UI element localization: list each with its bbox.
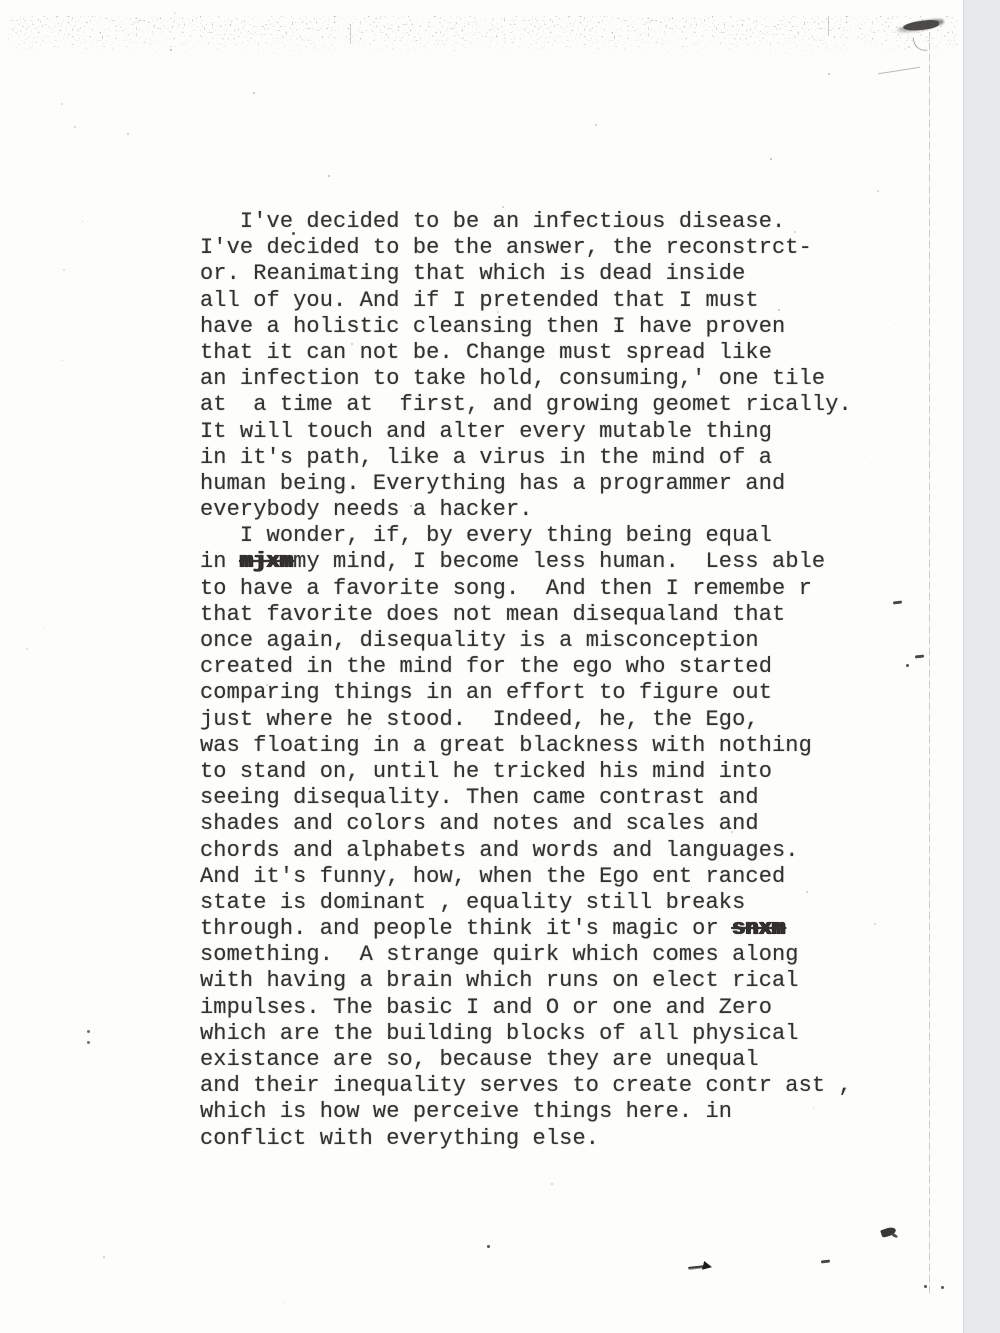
- speck-dot: [941, 1286, 944, 1289]
- text-segment: all of you. And if I pretended that I mu…: [200, 288, 759, 313]
- dust-speck: [783, 20, 784, 21]
- text-segment: I've decided to be the answer, the recon…: [200, 235, 812, 260]
- text-line: have a holistic cleansing then I have pr…: [200, 314, 852, 340]
- dust-speck: [174, 12, 176, 14]
- text-line: impulses. The basic I and O or one and Z…: [200, 995, 852, 1021]
- text-segment: once again, disequality is a misconcepti…: [200, 628, 759, 653]
- text-segment: have a holistic cleansing then I have pr…: [200, 314, 785, 339]
- dust-speck: [281, 1314, 282, 1315]
- text-line: an infection to take hold, consuming,' o…: [200, 366, 852, 392]
- dust-speck: [864, 456, 865, 457]
- text-line: human being. Everything has a programmer…: [200, 471, 852, 497]
- text-segment: and their inequality serves to create co…: [200, 1073, 852, 1098]
- text-line: And it's funny, how, when the Ego ent ra…: [200, 864, 852, 890]
- text-line: in it's path, like a virus in the mind o…: [200, 445, 852, 471]
- dust-speck: [828, 73, 830, 75]
- text-segment: at a time at first, and growing geomet r…: [200, 392, 852, 417]
- text-segment: my mind, I become less human. Less able: [293, 549, 825, 574]
- dust-speck: [103, 1256, 105, 1258]
- text-segment: And it's funny, how, when the Ego ent ra…: [200, 864, 785, 889]
- scan-noise-band: [8, 16, 958, 56]
- typewritten-text: I've decided to be an infectious disease…: [200, 209, 852, 1152]
- text-line: something. A strange quirk which comes a…: [200, 942, 852, 968]
- text-line: that favorite does not mean disequaland …: [200, 602, 852, 628]
- dust-speck: [26, 648, 28, 650]
- text-line: which is how we perceive things here. in: [200, 1099, 852, 1125]
- speck-dot: [906, 664, 909, 667]
- text-line: which are the building blocks of all phy…: [200, 1021, 852, 1047]
- dust-speck: [323, 1305, 324, 1306]
- text-segment: which is how we perceive things here. in: [200, 1099, 732, 1124]
- top-right-smudge: [903, 19, 940, 32]
- diag-scratch: [878, 67, 920, 75]
- text-line: at a time at first, and growing geomet r…: [200, 392, 852, 418]
- text-segment: It will touch and alter every mutable th…: [200, 419, 772, 444]
- text-segment: existance are so, because they are unequ…: [200, 1047, 759, 1072]
- scan-right-gutter: [963, 0, 1000, 1333]
- text-segment: through. and people think it's magic or: [200, 916, 732, 941]
- text-segment: in it's path, like a virus in the mind o…: [200, 445, 772, 470]
- text-line: with having a brain which runs on elect …: [200, 968, 852, 994]
- text-line: shades and colors and notes and scales a…: [200, 811, 852, 837]
- dust-speck: [74, 126, 76, 128]
- dust-speck: [44, 627, 45, 628]
- dust-speck: [62, 360, 63, 361]
- text-segment: to have a favorite song. And then I reme…: [200, 576, 812, 601]
- text-segment: with having a brain which runs on elect …: [200, 968, 799, 993]
- dust-speck: [63, 269, 65, 271]
- text-segment: something. A strange quirk which comes a…: [200, 942, 799, 967]
- text-segment: just where he stood. Indeed, he, the Ego…: [200, 707, 759, 732]
- dust-speck: [908, 46, 910, 48]
- dust-speck: [874, 923, 876, 925]
- text-line: or. Reanimating that which is dead insid…: [200, 261, 852, 287]
- dust-speck: [877, 190, 879, 192]
- dust-speck: [502, 206, 504, 208]
- small-tick-v: [828, 16, 829, 36]
- text-line: was floating in a great blackness with n…: [200, 733, 852, 759]
- text-segment: or. Reanimating that which is dead insid…: [200, 261, 745, 286]
- text-line: comparing things in an effort to figure …: [200, 680, 852, 706]
- text-segment: which are the building blocks of all phy…: [200, 1021, 799, 1046]
- text-segment: everybody needs a hacker.: [200, 497, 533, 522]
- text-line: created in the mind for the ego who star…: [200, 654, 852, 680]
- text-line: It will touch and alter every mutable th…: [200, 419, 852, 445]
- text-line: once again, disequality is a misconcepti…: [200, 628, 852, 654]
- speck-dash: [821, 1260, 830, 1264]
- text-line: to have a favorite song. And then I reme…: [200, 576, 852, 602]
- dust-speck: [595, 124, 597, 126]
- text-segment: impulses. The basic I and O or one and Z…: [200, 995, 772, 1020]
- overstruck-text: snxm: [732, 916, 785, 941]
- text-segment: comparing things in an effort to figure …: [200, 680, 772, 705]
- text-segment: that it can not be. Change must spread l…: [200, 340, 772, 365]
- text-line: existance are so, because they are unequ…: [200, 1047, 852, 1073]
- curl-hook: [912, 35, 927, 53]
- dust-speck: [328, 175, 330, 177]
- text-line: I wonder, if, by every thing being equal: [200, 523, 852, 549]
- text-segment: created in the mind for the ego who star…: [200, 654, 772, 679]
- dust-speck: [61, 103, 63, 105]
- dust-speck: [805, 67, 806, 68]
- colon-mark: [87, 1030, 90, 1044]
- text-line: through. and people think it's magic or …: [200, 916, 852, 942]
- comma-blob: [881, 1228, 898, 1238]
- text-line: just where he stood. Indeed, he, the Ego…: [200, 707, 852, 733]
- text-line: state is dominant , equality still break…: [200, 890, 852, 916]
- dust-speck: [283, 1302, 284, 1303]
- squiggle-arrow: [688, 1262, 714, 1272]
- text-line: seeing disequality. Then came contrast a…: [200, 785, 852, 811]
- text-segment: to stand on, until he tricked his mind i…: [200, 759, 772, 784]
- text-line: to stand on, until he tricked his mind i…: [200, 759, 852, 785]
- dust-speck: [551, 1183, 553, 1185]
- scanned-page: I've decided to be an infectious disease…: [0, 0, 1000, 1333]
- dust-speck: [127, 133, 129, 135]
- text-line: conflict with everything else.: [200, 1126, 852, 1152]
- text-segment: that favorite does not mean disequaland …: [200, 602, 785, 627]
- text-line: in mjxmmy mind, I become less human. Les…: [200, 549, 852, 575]
- fold-line: [929, 32, 930, 1294]
- text-segment: conflict with everything else.: [200, 1126, 599, 1151]
- text-segment: shades and colors and notes and scales a…: [200, 811, 759, 836]
- text-segment: state is dominant , equality still break…: [200, 890, 745, 915]
- text-segment: I've decided to be an infectious disease…: [200, 209, 785, 234]
- text-line: that it can not be. Change must spread l…: [200, 340, 852, 366]
- dust-speck: [860, 1286, 861, 1287]
- dust-speck: [770, 158, 772, 160]
- text-segment: an infection to take hold, consuming,' o…: [200, 366, 825, 391]
- dust-speck: [231, 22, 232, 23]
- dust-speck: [168, 31, 169, 32]
- dust-speck: [253, 92, 255, 94]
- text-segment: seeing disequality. Then came contrast a…: [200, 785, 759, 810]
- text-line: chords and alphabets and words and langu…: [200, 838, 852, 864]
- speck-dash: [893, 601, 902, 605]
- dust-speck: [148, 473, 149, 474]
- text-line: I've decided to be an infectious disease…: [200, 209, 852, 235]
- dust-speck: [82, 221, 83, 222]
- dust-speck: [170, 49, 172, 51]
- text-segment: chords and alphabets and words and langu…: [200, 838, 799, 863]
- text-segment: was floating in a great blackness with n…: [200, 733, 812, 758]
- speck-dot: [924, 1285, 927, 1288]
- overstruck-text: mjxm: [240, 549, 293, 574]
- text-line: and their inequality serves to create co…: [200, 1073, 852, 1099]
- dust-speck: [895, 323, 896, 324]
- text-segment: human being. Everything has a programmer…: [200, 471, 785, 496]
- text-line: everybody needs a hacker.: [200, 497, 852, 523]
- text-line: all of you. And if I pretended that I mu…: [200, 288, 852, 314]
- speck-dot: [487, 1245, 490, 1248]
- text-line: I've decided to be the answer, the recon…: [200, 235, 852, 261]
- text-segment: in: [200, 549, 240, 574]
- small-tick-v: [350, 24, 351, 44]
- text-segment: I wonder, if, by every thing being equal: [200, 523, 772, 548]
- dust-speck: [402, 37, 403, 38]
- speck-dash: [915, 655, 924, 659]
